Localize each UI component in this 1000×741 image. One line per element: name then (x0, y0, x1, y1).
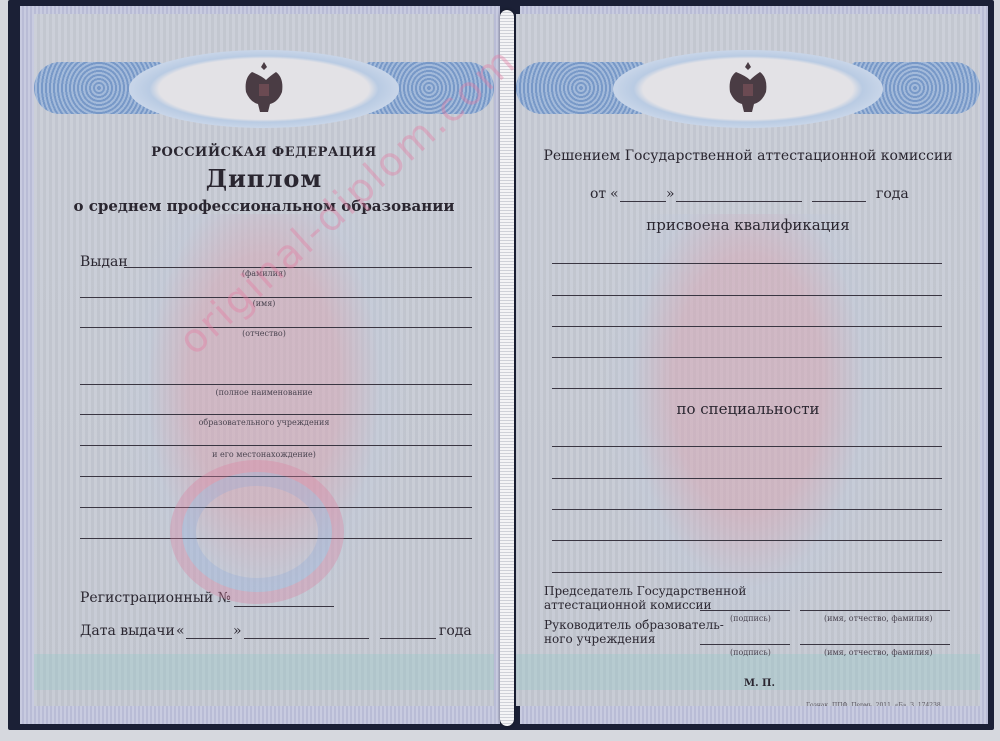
issued-to-label: Выдан (80, 254, 128, 270)
decision-day-field[interactable] (620, 201, 666, 202)
security-band (34, 654, 494, 690)
institution-caption-2: образовательного учреждения (34, 418, 494, 427)
chairman-signature-caption: (подпись) (730, 614, 771, 623)
qualification-field-4[interactable] (552, 357, 942, 358)
chairman-label-line-1: Председатель Государственной (544, 584, 746, 598)
specialty-field-5[interactable] (552, 572, 942, 573)
issue-date-label: Дата выдачи (80, 623, 175, 639)
issue-year-field[interactable] (380, 638, 436, 639)
head-label-line-1: Руководитель образователь- (544, 618, 724, 632)
issue-year-label: года (439, 623, 472, 639)
decision-date-from-label: от (590, 186, 606, 202)
coat-of-arms-icon (242, 58, 286, 118)
watermark-logo (170, 460, 344, 604)
patronymic-field[interactable] (80, 327, 472, 328)
head-name-field[interactable] (800, 644, 950, 645)
coat-of-arms-icon (726, 58, 770, 118)
institution-field-3[interactable] (80, 445, 472, 446)
qualification-label: присвоена квалификация (516, 216, 980, 234)
head-signature-field[interactable] (700, 644, 790, 645)
qualification-field-3[interactable] (552, 326, 942, 327)
institution-caption-3: и его местонахождение) (34, 450, 494, 459)
chairman-label-line-2: аттестационной комиссии (544, 598, 712, 612)
specialty-field-4[interactable] (552, 540, 942, 541)
institution-field-2[interactable] (80, 414, 472, 415)
chairman-signature-field[interactable] (700, 610, 790, 611)
seal-placeholder: М. П. (744, 678, 775, 689)
rosette-background (598, 214, 898, 644)
name-field[interactable] (80, 297, 472, 298)
diploma-title: Диплом (34, 164, 494, 193)
qualification-field-1[interactable] (552, 263, 942, 264)
chairman-name-field[interactable] (800, 610, 950, 611)
registration-label: Регистрационный № (80, 590, 231, 606)
registration-number-field[interactable] (234, 606, 334, 607)
diploma-subtitle: о среднем профессиональном образовании (34, 197, 494, 215)
chairman-name-caption: (имя, отчество, фамилия) (824, 614, 933, 623)
head-label-line-2: ного учреждения (544, 632, 655, 646)
specialty-field-2[interactable] (552, 478, 942, 479)
institution-caption-1: (полное наименование (34, 388, 494, 397)
head-name-caption: (имя, отчество, фамилия) (824, 648, 933, 657)
specialty-field-1[interactable] (552, 446, 942, 447)
binding-cord (500, 10, 514, 726)
issue-date-quote-close: » (233, 623, 242, 639)
specialty-field-3[interactable] (552, 509, 942, 510)
diploma-cover: РОССИЙСКАЯ ФЕДЕРАЦИЯ Диплом о среднем пр… (0, 0, 1000, 741)
guilloche-header (516, 48, 980, 130)
qualification-field-2[interactable] (552, 295, 942, 296)
commission-decision-text: Решением Государственной аттестационной … (516, 148, 980, 164)
patronymic-caption: (отчество) (34, 329, 494, 338)
printer-imprint: Гознак, ППФ, Пермь, 2011, «Б», З. 174238 (806, 702, 941, 706)
issue-day-field[interactable] (186, 638, 232, 639)
institution-field-1[interactable] (80, 384, 472, 385)
decision-month-field[interactable] (676, 201, 802, 202)
issue-month-field[interactable] (244, 638, 369, 639)
head-signature-caption: (подпись) (730, 648, 771, 657)
right-page: Решением Государственной аттестационной … (516, 14, 980, 706)
issue-date-quote-open: « (176, 623, 185, 639)
decision-year-label: года (876, 186, 909, 202)
decision-date-quote-close: » (666, 186, 675, 202)
decision-year-field[interactable] (812, 201, 866, 202)
specialty-label: по специальности (516, 400, 980, 418)
decision-date-quote-open: « (610, 186, 619, 202)
qualification-field-5[interactable] (552, 388, 942, 389)
